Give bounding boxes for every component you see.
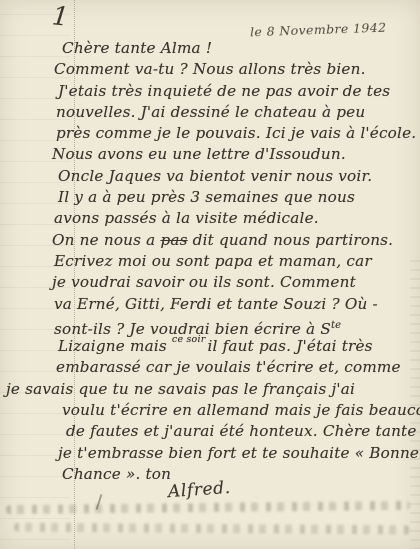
line-text: On ne nous a [52, 231, 160, 249]
line-text: avons passés à la visite médicale. [54, 209, 319, 227]
letter-line: nouvelles. J'ai dessiné le chateau à peu [56, 102, 414, 123]
letter-line: embarassé car je voulais t'écrire et, co… [56, 357, 414, 378]
line-text: près comme je le pouvais. Ici je vais à … [56, 124, 416, 142]
letter-line: Il y a à peu près 3 semaines que nous [58, 187, 414, 208]
letter-line: Comment va-tu ? Nous allons très bien. [54, 59, 414, 80]
letter-line: Lizaigne mais ce soiril faut pas. J'étai… [58, 336, 414, 357]
letter-line: voulu t'écrire en allemand mais je fais … [62, 400, 414, 421]
line-text: de fautes et j'aurai été honteux. Chère … [66, 422, 417, 440]
struck-word: pas [160, 231, 187, 249]
line-text: Il y a à peu près 3 semaines que nous [58, 188, 355, 206]
line-text: je savais que tu ne savais pas le frança… [6, 380, 355, 398]
letter-line: Chère tante Alma ! [62, 38, 414, 59]
line-text: Chance ». ton [62, 465, 171, 483]
letter-page: 1 le 8 Novembre 1942 Chère tante Alma !C… [0, 0, 420, 549]
letter-date: le 8 Novembre 1942 [250, 20, 387, 40]
letter-line: près comme je le pouvais. Ici je vais à … [56, 123, 414, 144]
inserted-word: ce soir [172, 334, 206, 345]
letter-line: Oncle Jaques va bientot venir nous voir. [58, 166, 414, 187]
letter-line: sont-ils ? Je voudrai bien écrire à Ste [54, 315, 414, 336]
letter-line: de fautes et j'aurai été honteux. Chère … [66, 421, 414, 442]
letter-line: Nous avons eu une lettre d'Issoudun. [52, 144, 414, 165]
line-text: dit quand nous partirons. [188, 231, 394, 249]
letter-line: avons passés à la visite médicale. [54, 208, 414, 229]
signature: Alfred. [167, 478, 231, 502]
line-text: il faut pas. J'étai très [207, 337, 372, 355]
line-text: embarassé car je voulais t'écrire et, co… [56, 358, 401, 376]
letter-line: je voudrai savoir ou ils sont. Comment [52, 272, 414, 293]
letter-lines: Chère tante Alma !Comment va-tu ? Nous a… [52, 38, 414, 485]
line-text: je t'embrasse bien fort et te souhaite «… [58, 444, 419, 462]
line-text: va Erné, Gitti, Ferdi et tante Souzi ? O… [54, 295, 378, 313]
letter-line: J'etais très inquieté de ne pas avoir de… [58, 81, 414, 102]
line-text: voulu t'écrire en allemand mais je fais … [62, 401, 420, 419]
line-text: Oncle Jaques va bientot venir nous voir. [58, 167, 372, 185]
line-text: Chère tante Alma ! [62, 39, 212, 57]
line-text: te [331, 320, 341, 331]
line-text: Comment va-tu ? Nous allons très bien. [54, 60, 366, 78]
line-text: Ecrivez moi ou sont papa et maman, car [54, 252, 372, 270]
line-text: nouvelles. J'ai dessiné le chateau à peu [56, 103, 365, 121]
letter-line: Chance ». ton [62, 464, 414, 485]
line-text: je voudrai savoir ou ils sont. Comment [52, 273, 356, 291]
line-text: J'etais très inquieté de ne pas avoir de… [58, 82, 390, 100]
line-text: Lizaigne mais [58, 337, 172, 355]
letter-line: je t'embrasse bien fort et te souhaite «… [58, 443, 414, 464]
letter-line: On ne nous a pas dit quand nous partiron… [52, 230, 414, 251]
letter-line: je savais que tu ne savais pas le frança… [6, 379, 414, 400]
page-number: 1 [50, 1, 70, 33]
line-text: Nous avons eu une lettre d'Issoudun. [52, 145, 346, 163]
letter-line: va Erné, Gitti, Ferdi et tante Souzi ? O… [54, 294, 414, 315]
letter-line: Ecrivez moi ou sont papa et maman, car [54, 251, 414, 272]
